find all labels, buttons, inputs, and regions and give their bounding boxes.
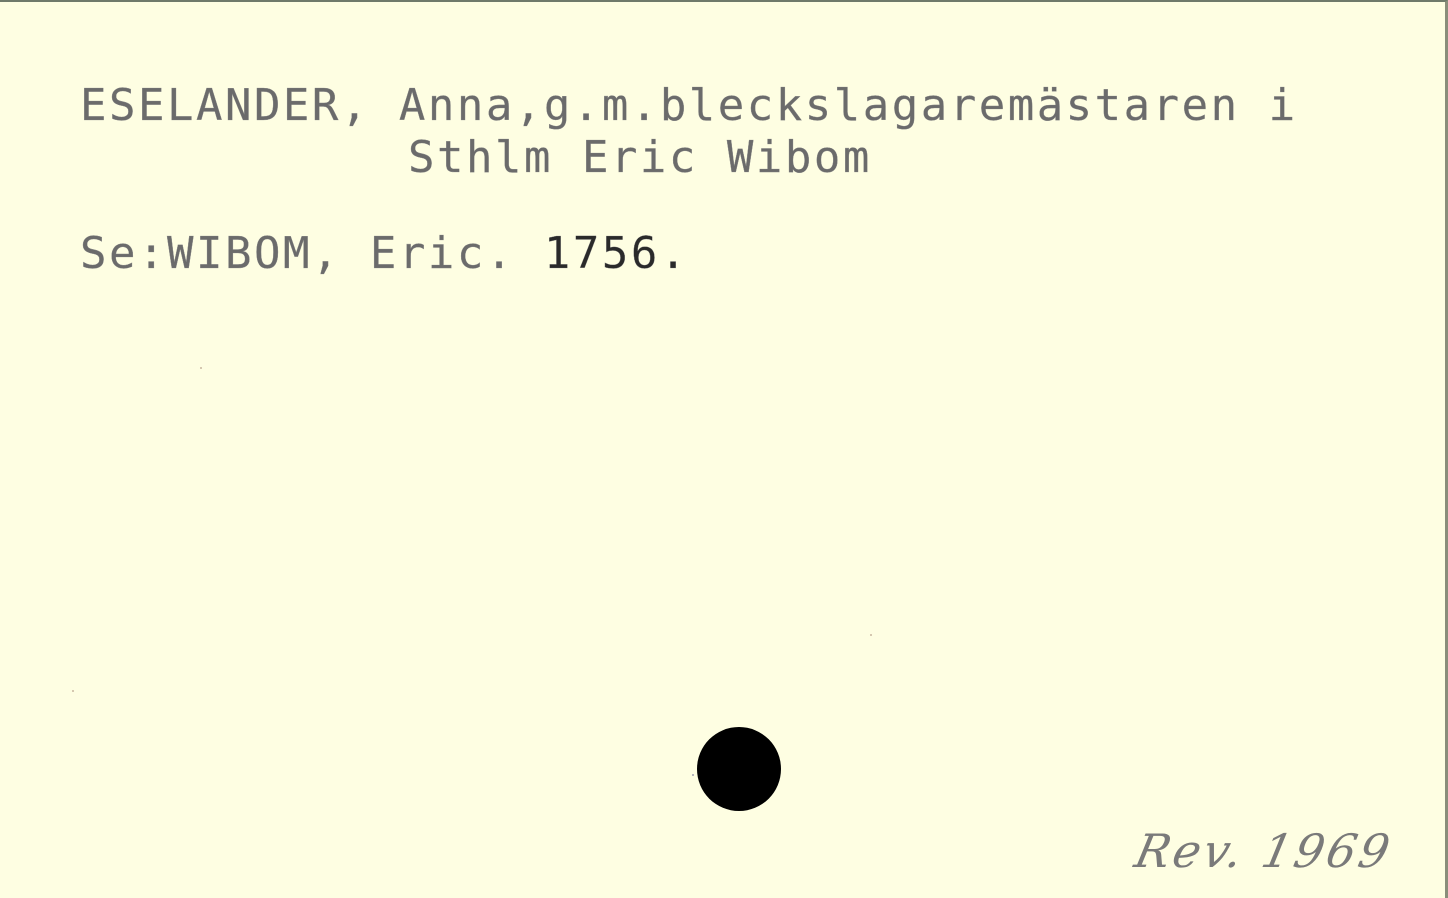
surname: ESELANDER, [80, 80, 370, 131]
reference-year: 1756. [544, 228, 689, 279]
paper-speck [200, 367, 202, 369]
index-card: ESELANDER, Anna,g.m.bleckslagaremästaren… [0, 0, 1448, 898]
heading-line-1: ESELANDER, Anna,g.m.bleckslagaremästaren… [80, 84, 1298, 128]
heading-line-2: Sthlm Eric Wibom [408, 136, 872, 180]
cross-reference: Se:WIBOM, Eric. 1756. [80, 232, 689, 276]
paper-speck [870, 634, 872, 636]
paper-speck [72, 690, 74, 692]
reference-name: WIBOM, Eric. [167, 228, 515, 279]
paper-speck [692, 774, 694, 776]
punch-hole [697, 727, 781, 811]
handwritten-revision-note: Rev. 1969 [1130, 824, 1397, 878]
heading-description: Anna,g.m.bleckslagaremästaren i [399, 80, 1298, 131]
see-prefix: Se: [80, 228, 167, 279]
